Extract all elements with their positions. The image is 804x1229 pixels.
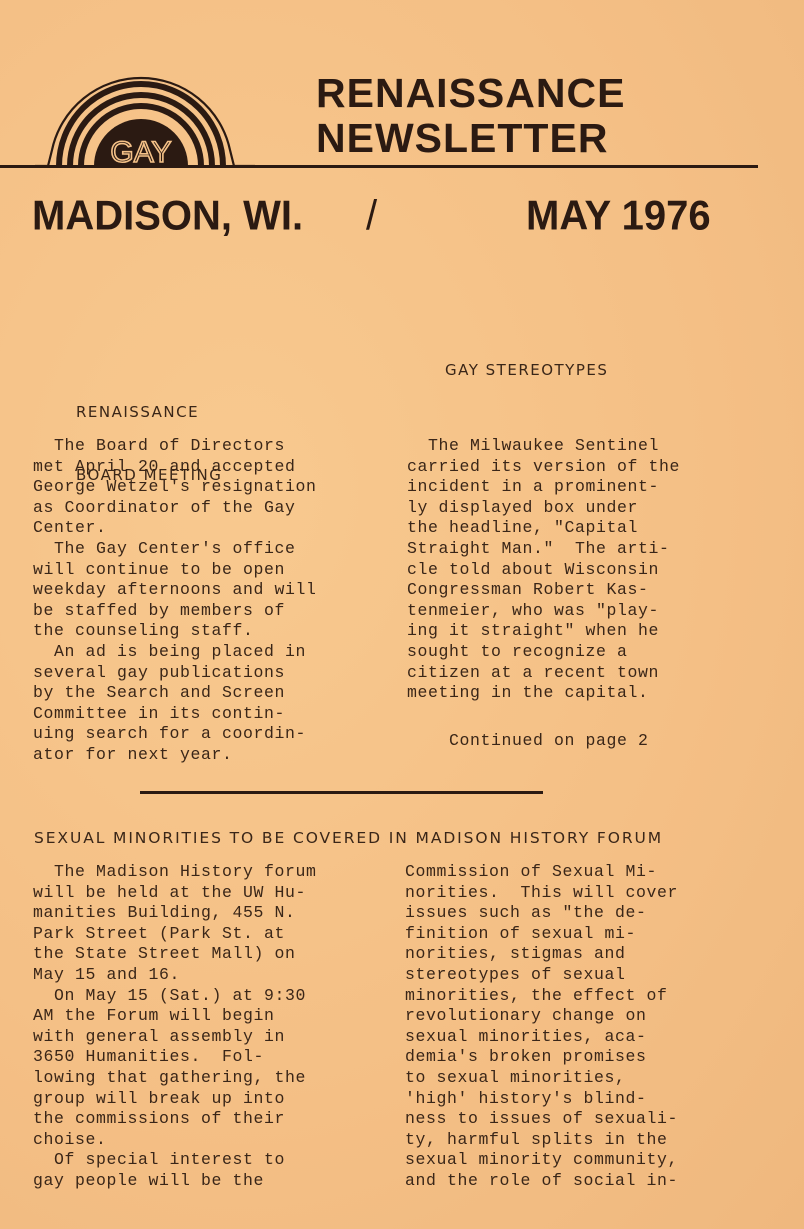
text-line: Center. xyxy=(33,518,317,539)
text-line: the State Street Mall) on xyxy=(33,944,317,965)
text-line: met April 20 and accepted xyxy=(33,457,317,478)
section-divider xyxy=(140,791,543,794)
text-line: ator for next year. xyxy=(33,745,317,766)
text-line: manities Building, 455 N. xyxy=(33,903,317,924)
text-line: tenmeier, who was "play- xyxy=(407,601,680,622)
article-body-col2: Commission of Sexual Mi-norities. This w… xyxy=(405,862,678,1192)
text-line: finition of sexual mi- xyxy=(405,924,678,945)
text-line: be staffed by members of xyxy=(33,601,317,622)
text-line: the counseling staff. xyxy=(33,621,317,642)
text-line: revolutionary change on xyxy=(405,1006,678,1027)
text-line: meeting in the capital. xyxy=(407,683,680,704)
text-line: The Madison History forum xyxy=(33,862,317,883)
text-line: will be held at the UW Hu- xyxy=(33,883,317,904)
newsletter-title-line1: RENAISSANCE xyxy=(316,73,625,114)
text-line: Commission of Sexual Mi- xyxy=(405,862,678,883)
text-line: choise. xyxy=(33,1130,317,1151)
text-line: weekday afternoons and will xyxy=(33,580,317,601)
text-line: Of special interest to xyxy=(33,1150,317,1171)
text-line: On May 15 (Sat.) at 9:30 xyxy=(33,986,317,1007)
dateline-separator: / xyxy=(366,195,377,237)
text-line: ness to issues of sexuali- xyxy=(405,1109,678,1130)
text-line: The Gay Center's office xyxy=(33,539,317,560)
text-line: The Milwaukee Sentinel xyxy=(407,436,680,457)
text-line: stereotypes of sexual xyxy=(405,965,678,986)
heading-line: RENAISSANCE xyxy=(76,402,222,423)
text-line: 'high' history's blind- xyxy=(405,1089,678,1110)
text-line: The Board of Directors xyxy=(33,436,317,457)
text-line: sexual minority community, xyxy=(405,1150,678,1171)
text-line: gay people will be the xyxy=(33,1171,317,1192)
text-line: sought to recognize a xyxy=(407,642,680,663)
article-body-col1: The Madison History forumwill be held at… xyxy=(33,862,317,1192)
continued-note: Continued on page 2 xyxy=(449,731,649,752)
text-line: several gay publications xyxy=(33,663,317,684)
text-line: Committee in its contin- xyxy=(33,704,317,725)
text-line: George Wetzel's resignation xyxy=(33,477,317,498)
text-line: demia's broken promises xyxy=(405,1047,678,1068)
text-line: norities, stigmas and xyxy=(405,944,678,965)
text-line: and the role of social in- xyxy=(405,1171,678,1192)
text-line: An ad is being placed in xyxy=(33,642,317,663)
text-line: with general assembly in xyxy=(33,1027,317,1048)
text-line: group will break up into xyxy=(33,1089,317,1110)
text-line: by the Search and Screen xyxy=(33,683,317,704)
text-line: carried its version of the xyxy=(407,457,680,478)
text-line: 3650 Humanities. Fol- xyxy=(33,1047,317,1068)
text-line: May 15 and 16. xyxy=(33,965,317,986)
text-line: Park Street (Park St. at xyxy=(33,924,317,945)
text-line: incident in a prominent- xyxy=(407,477,680,498)
text-line: as Coordinator of the Gay xyxy=(33,498,317,519)
article-heading: SEXUAL MINORITIES TO BE COVERED IN MADIS… xyxy=(34,828,663,849)
gay-rainbow-logo-icon: GAY xyxy=(30,62,255,172)
text-line: cle told about Wisconsin xyxy=(407,560,680,581)
text-line: sexual minorities, aca- xyxy=(405,1027,678,1048)
text-line: AM the Forum will begin xyxy=(33,1006,317,1027)
text-line: lowing that gathering, the xyxy=(33,1068,317,1089)
text-line: ty, harmful splits in the xyxy=(405,1130,678,1151)
text-line: Congressman Robert Kas- xyxy=(407,580,680,601)
issue-date: MAY 1976 xyxy=(526,195,711,237)
text-line: the headline, "Capital xyxy=(407,518,680,539)
text-line: ing it straight" when he xyxy=(407,621,680,642)
text-line: norities. This will cover xyxy=(405,883,678,904)
text-line: the commissions of their xyxy=(33,1109,317,1130)
article-body: The Board of Directorsmet April 20 and a… xyxy=(33,436,317,766)
text-line: minorities, the effect of xyxy=(405,986,678,1007)
text-line: issues such as "the de- xyxy=(405,903,678,924)
text-line: will continue to be open xyxy=(33,560,317,581)
text-line: to sexual minorities, xyxy=(405,1068,678,1089)
newsletter-title-line2: NEWSLETTER xyxy=(316,118,608,159)
text-line: uing search for a coordin- xyxy=(33,724,317,745)
text-line: ly displayed box under xyxy=(407,498,680,519)
location: MADISON, WI. xyxy=(32,195,303,237)
masthead-rule xyxy=(0,165,758,168)
article-heading: GAY STEREOTYPES xyxy=(445,360,608,381)
text-line: Straight Man." The arti- xyxy=(407,539,680,560)
article-body: The Milwaukee Sentinelcarried its versio… xyxy=(407,436,680,704)
text-line: citizen at a recent town xyxy=(407,663,680,684)
